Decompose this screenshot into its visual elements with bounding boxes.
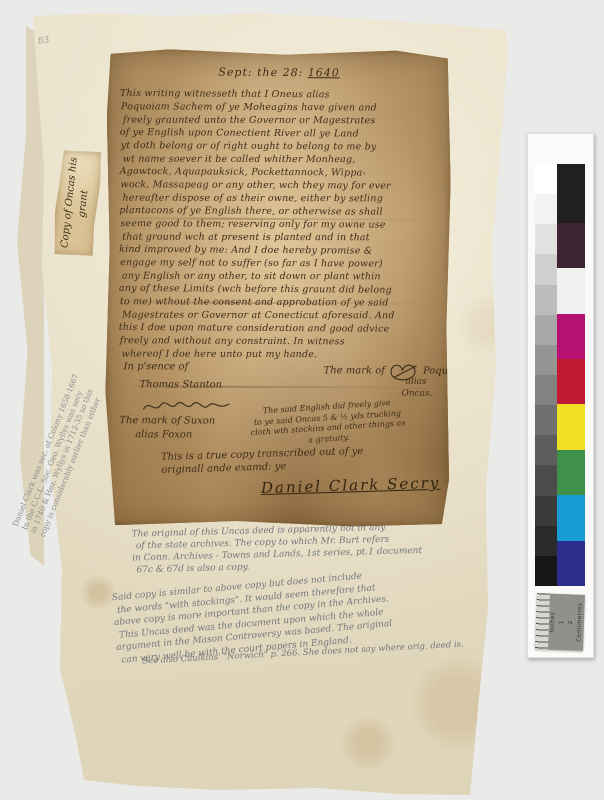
label-slip-text: Copy of Oncas his grant bbox=[58, 149, 97, 257]
grayscale-step bbox=[535, 435, 557, 465]
manuscript-deed: Sept: the 28: 1640 This writing witnesse… bbox=[105, 49, 451, 527]
grayscale-step bbox=[535, 405, 557, 435]
color-patch-black bbox=[557, 164, 585, 223]
color-patch-yellow bbox=[557, 404, 585, 449]
deed-text-line: yt doth belong or of right ought to belo… bbox=[121, 139, 441, 154]
witness-presence-line: In p'sence of bbox=[124, 361, 189, 372]
color-patch-navy bbox=[557, 541, 585, 586]
grayscale-step bbox=[535, 194, 557, 224]
deed-text-line: This writing witnesseth that I Oneus ali… bbox=[120, 87, 440, 102]
deed-date-prefix: Sept: the 28: bbox=[218, 66, 307, 79]
grayscale-step bbox=[535, 254, 557, 284]
foxon-mark-caption: The mark of Suxon bbox=[119, 415, 215, 427]
color-calibration-target: Inches 1 2 Centimetres bbox=[527, 133, 594, 658]
deed-text-line: this I doe upon mature consideration and… bbox=[119, 321, 439, 336]
deed-text-line: to me) wthout the consent and approbatio… bbox=[120, 295, 440, 310]
color-patch-magenta bbox=[557, 314, 585, 359]
grayscale-step bbox=[535, 224, 557, 254]
deed-text-line: freely and without any constraint. In wi… bbox=[120, 334, 440, 349]
mark-alias-word: alias bbox=[405, 377, 426, 387]
grayscale-step bbox=[535, 345, 557, 375]
color-patch-column bbox=[557, 164, 585, 586]
deed-date-heading: Sept: the 28: 1640 bbox=[107, 65, 451, 80]
grayscale-step bbox=[535, 556, 557, 586]
true-copy-attestation: This is a true copy transcribed out of y… bbox=[161, 445, 364, 477]
secretary-signature-daniel-clark: Daniel Clark Secry bbox=[261, 474, 441, 497]
foxon-mark-icon bbox=[141, 397, 233, 415]
mark-prefix: The mark of bbox=[324, 365, 385, 376]
color-patch-dark-maroon bbox=[557, 223, 585, 268]
grayscale-step bbox=[535, 465, 557, 495]
ruler-centimetres-label: Centimetres bbox=[576, 603, 583, 642]
color-patch-red bbox=[557, 359, 585, 404]
deed-text-line: Agowtock, Aquapauksick, Pockettannock, W… bbox=[120, 165, 440, 180]
deed-text-line: any of these Limits (wch before this gra… bbox=[119, 282, 439, 297]
grayscale-step bbox=[535, 496, 557, 526]
color-patch-white bbox=[557, 268, 585, 313]
scale-ruler-label: Inches 1 2 Centimetres bbox=[535, 593, 585, 651]
grayscale-step bbox=[535, 164, 557, 194]
deed-text-line: of ye English upon Conectient River all … bbox=[120, 126, 440, 141]
deed-date-year: 1640 bbox=[308, 66, 340, 79]
witness-signature-thomas-stanton: Thomas Stanton bbox=[139, 379, 222, 390]
deed-text-line: wock, Massapeag or any other, wch they m… bbox=[121, 178, 441, 193]
photo-canvas: 83 Copy of Oncas his grant Sept: the 28:… bbox=[0, 0, 604, 800]
deed-text-line: Poquoiam Sachem of ye Moheagins have giv… bbox=[121, 100, 441, 115]
deed-text-line: whereof I doe here unto put my hande. bbox=[122, 348, 442, 362]
grayscale-ramp bbox=[535, 164, 557, 586]
deed-text-line: kind improved by me: And I doe hereby pr… bbox=[119, 243, 439, 258]
corner-pencil-mark: 83 bbox=[37, 35, 50, 46]
grayscale-step bbox=[535, 315, 557, 345]
deed-text-line: engage my self not to suffer (so far as … bbox=[120, 256, 440, 271]
grayscale-step bbox=[535, 375, 557, 405]
grayscale-step bbox=[535, 526, 557, 556]
deed-text-line: plantacons of ye English there, or other… bbox=[119, 204, 439, 219]
grayscale-step bbox=[535, 285, 557, 315]
color-patch-green bbox=[557, 450, 585, 495]
calibration-columns bbox=[535, 164, 585, 586]
deed-text-line: seeme good to them; reserving only for m… bbox=[120, 217, 440, 232]
foxon-mark-alias: alias Foxon bbox=[135, 429, 192, 440]
color-patch-cyan bbox=[557, 495, 585, 540]
ruler-number-2: 2 bbox=[568, 620, 574, 624]
gratuity-note: The said English did freely giveto ye sa… bbox=[234, 396, 421, 450]
ruler-number-1: 1 bbox=[559, 620, 565, 624]
ruler-inches-label: Inches bbox=[550, 611, 557, 632]
deed-body-text: This writing witnesseth that I Oneus ali… bbox=[120, 87, 441, 362]
